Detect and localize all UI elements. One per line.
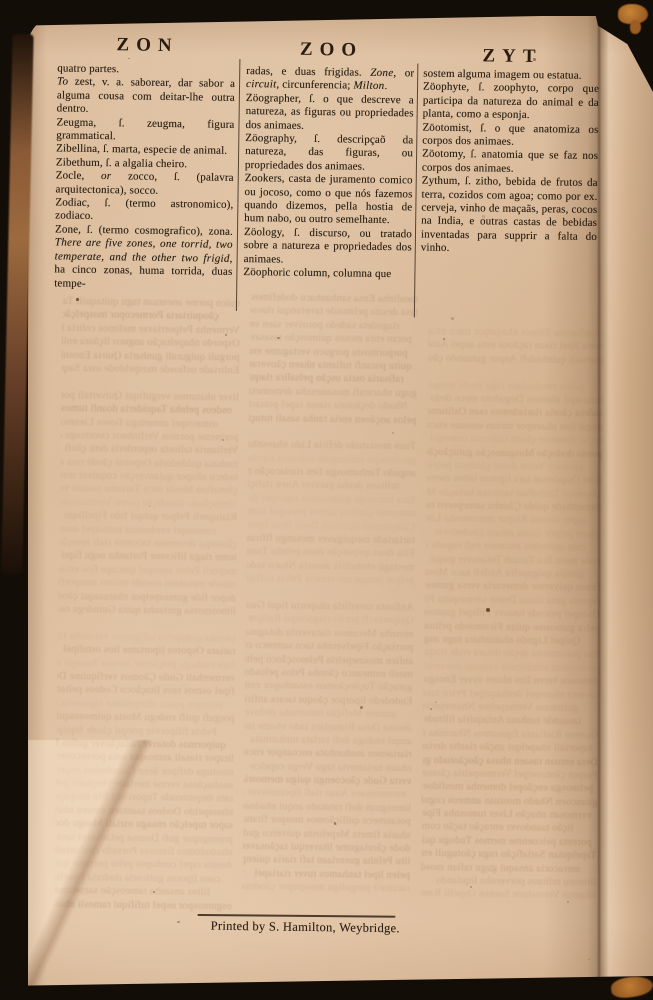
running-head-zon: ZON — [57, 33, 237, 58]
book-photograph: { "doc": { "running_heads": ["ZON", "ZOO… — [0, 0, 653, 1000]
entry-zoology: Zöology, ſ. discurso, ou tratado sobre a… — [244, 226, 413, 269]
entry-zootomist: Zöotomist, ſ. o que anatomiza os corpos … — [422, 121, 598, 150]
running-head-zyt: ZYT — [423, 45, 601, 69]
book-page: quico porme anentuan tagu quitaquili Taa… — [28, 16, 653, 990]
entry-zoophyte: Zöophyte, ſ. zoophyto, corpo que partici… — [423, 81, 600, 124]
entry-to-zest: To zest, v. a. saborear, dar sabor a alg… — [57, 76, 236, 119]
text-column-1: quatro partes. To zest, v. a. saborear, … — [54, 62, 235, 292]
entry-zeugma: Zeugma, ſ. zeugma, figura grammatical. — [56, 116, 234, 145]
entry-continuation: radas, e duas frigidas. Zone, or circuit… — [246, 65, 414, 94]
entry-zythum: Zythum, ſ. zitho, bebida de frutos da te… — [421, 175, 598, 258]
page-content: ZON ZOO ZYT quatro partes. To zest, v. a… — [28, 16, 653, 990]
text-column-2: radas, e duas frigidas. Zone, or circuit… — [243, 65, 414, 282]
running-head-zoo: ZOO — [246, 38, 416, 62]
column-divider-rule — [414, 63, 419, 317]
text-column-3: sostem alguma imagem ou estatua. Zöophyt… — [421, 68, 600, 258]
entry-zone: Zone, ſ. (termo cosmografico), zona. The… — [54, 223, 233, 293]
entry-zodiac: Zodiac, ſ. (termo astronomico), zodiaco. — [55, 196, 233, 225]
entry-zocle: Zocle, or zocco, ſ. (palavra arquitecton… — [55, 170, 233, 199]
entry-zootomy: Zöotomy, ſ. anatomia que se faz nos corp… — [422, 148, 598, 177]
imprint-rule — [197, 914, 395, 918]
entry-zookers: Zookers, casta de juramento comico ou jo… — [244, 172, 413, 228]
column-divider-rule — [236, 59, 241, 311]
entry-zoophoric: Zöophoric column, columna que — [243, 266, 411, 282]
printer-imprint: Printed by S. Hamilton, Weybridge. — [175, 918, 435, 937]
entry-zoographer: Zöographer, ſ. o que descreve a natureza… — [245, 92, 414, 135]
binding-fragment-top-small — [630, 20, 641, 34]
entry-zoography: Zöography, ſ. descripçaõ da natureza, da… — [245, 132, 414, 175]
